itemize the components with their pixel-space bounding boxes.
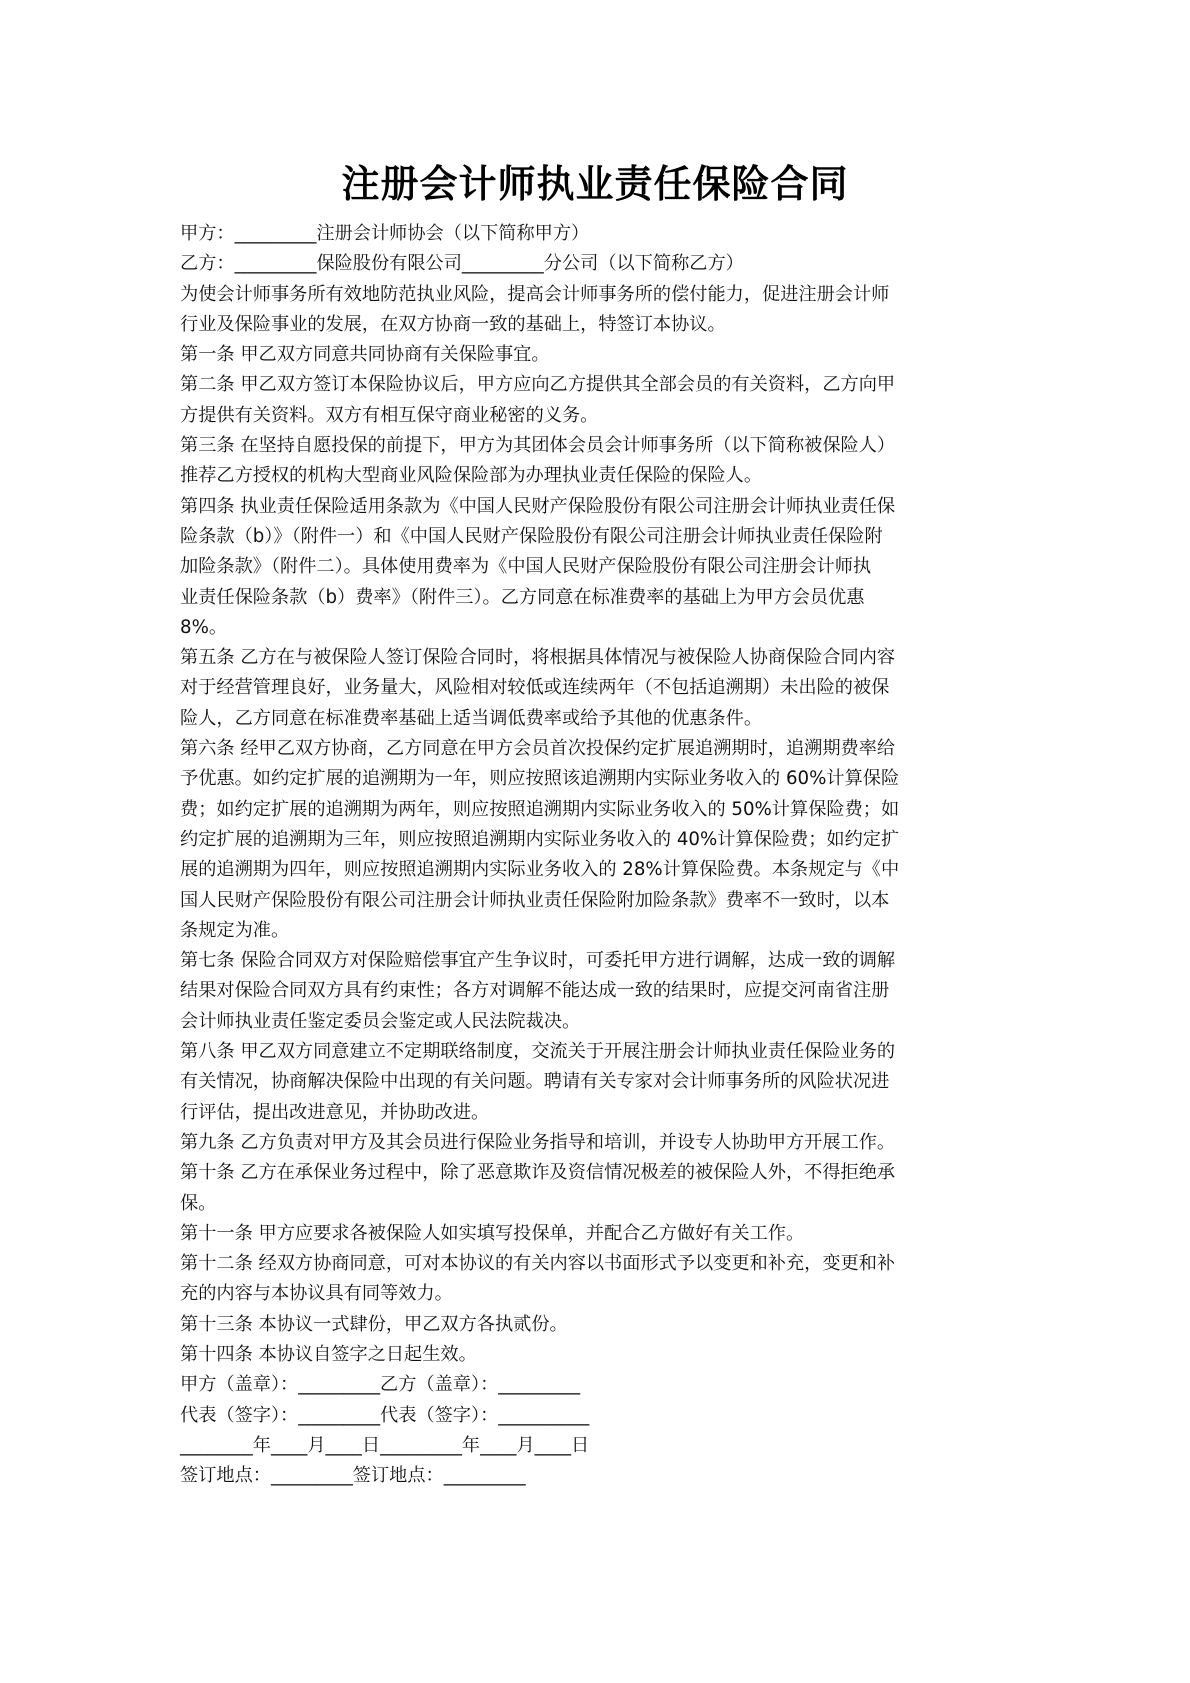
date-line: ________年____月____日_________年____月____日 <box>180 1431 1040 1461</box>
article-11-line: 第十一条 甲方应要求各被保险人如实填写投保单，并配合乙方做好有关工作。 <box>180 1219 1040 1249</box>
article-8-line: 第八条 甲乙双方同意建立不定期联络制度，交流关于开展注册会计师执业责任保险业务的 <box>180 1037 1040 1067</box>
article-4-line: 加险条款》（附件二）。具体使用费率为《中国人民财产保险股份有限公司注册会计师执 <box>180 552 1040 582</box>
article-6-line: 约定扩展的追溯期为三年，则应按照追溯期内实际业务收入的 40%计算保险费；如约定… <box>180 825 1040 855</box>
article-2-line: 第二条 甲乙双方签订本保险协议后，甲方应向乙方提供其全部会员的有关资料，乙方向甲 <box>180 370 1040 400</box>
document-page: 注册会计师执业责任保险合同 甲方：_________注册会计师协会（以下简称甲方… <box>0 0 1190 1683</box>
article-6-line: 予优惠。如约定扩展的追溯期为一年，则应按照该追溯期内实际业务收入的 60%计算保… <box>180 764 1040 794</box>
article-9-line: 第九条 乙方负责对甲方及其会员进行保险业务指导和培训，并设专人协助甲方开展工作。 <box>180 1128 1040 1158</box>
article-4-line: 险条款（b）》（附件一）和《中国人民财产保险股份有限公司注册会计师执业责任保险附 <box>180 522 1040 552</box>
seal-line: 甲方（盖章）：_________乙方（盖章）：_________ <box>180 1370 1040 1400</box>
article-1-line: 第一条 甲乙双方同意共同协商有关保险事宜。 <box>180 340 1040 370</box>
article-10-line: 保。 <box>180 1189 1040 1219</box>
signing-place-line: 签订地点：_________签订地点：_________ <box>180 1461 1040 1491</box>
article-12-line: 充的内容与本协议具有同等效力。 <box>180 1279 1040 1309</box>
article-13-line: 第十三条 本协议一式肆份，甲乙双方各执贰份。 <box>180 1310 1040 1340</box>
article-4-line: 业责任保险条款（b）费率》（附件三）。乙方同意在标准费率的基础上为甲方会员优惠 <box>180 583 1040 613</box>
article-6-line: 展的追溯期为四年，则应按照追溯期内实际业务收入的 28%计算保险费。本条规定与《… <box>180 855 1040 885</box>
article-6-line: 条规定为准。 <box>180 916 1040 946</box>
article-6-line: 第六条 经甲乙双方协商，乙方同意在甲方会员首次投保约定扩展追溯期时，追溯期费率给 <box>180 734 1040 764</box>
document-title: 注册会计师执业责任保险合同 <box>0 160 1190 208</box>
party-a-line: 甲方：_________注册会计师协会（以下简称甲方） <box>180 219 1040 249</box>
article-6-line: 国人民财产保险股份有限公司注册会计师执业责任保险附加险条款》费率不一致时，以本 <box>180 886 1040 916</box>
article-8-line: 有关情况，协商解决保险中出现的有关问题。聘请有关专家对会计师事务所的风险状况进 <box>180 1067 1040 1097</box>
article-6-line: 费；如约定扩展的追溯期为两年，则应按照追溯期内实际业务收入的 50%计算保险费；… <box>180 795 1040 825</box>
article-3-line: 第三条 在坚持自愿投保的前提下，甲方为其团体会员会计师事务所（以下简称被保险人） <box>180 431 1040 461</box>
article-12-line: 第十二条 经双方协商同意，可对本协议的有关内容以书面形式予以变更和补充，变更和补 <box>180 1249 1040 1279</box>
article-7-line: 结果对保险合同双方具有约束性；各方对调解不能达成一致的结果时，应提交河南省注册 <box>180 976 1040 1006</box>
article-4-line: 第四条 执业责任保险适用条款为《中国人民财产保险股份有限公司注册会计师执业责任保 <box>180 492 1040 522</box>
preamble-line: 为使会计师事务所有效地防范执业风险，提高会计师事务所的偿付能力，促进注册会计师 <box>180 280 1040 310</box>
article-5-line: 对于经营管理良好，业务量大，风险相对较低或连续两年（不包括追溯期）未出险的被保 <box>180 673 1040 703</box>
article-2-line: 方提供有关资料。双方有相互保守商业秘密的义务。 <box>180 401 1040 431</box>
article-8-line: 行评估，提出改进意见，并协助改进。 <box>180 1098 1040 1128</box>
article-14-line: 第十四条 本协议自签字之日起生效。 <box>180 1340 1040 1370</box>
document-body: 甲方：_________注册会计师协会（以下简称甲方） 乙方：_________… <box>180 219 1040 1491</box>
signature-line: 代表（签字）：_________代表（签字）：__________ <box>180 1401 1040 1431</box>
article-4-line: 8%。 <box>180 613 1040 643</box>
article-5-line: 第五条 乙方在与被保险人签订保险合同时，将根据具体情况与被保险人协商保险合同内容 <box>180 643 1040 673</box>
party-b-line: 乙方：_________保险股份有限公司_________分公司（以下简称乙方） <box>180 249 1040 279</box>
article-10-line: 第十条 乙方在承保业务过程中，除了恶意欺诈及资信情况极差的被保险人外，不得拒绝承 <box>180 1158 1040 1188</box>
article-7-line: 第七条 保险合同双方对保险赔偿事宜产生争议时，可委托甲方进行调解，达成一致的调解 <box>180 946 1040 976</box>
article-7-line: 会计师执业责任鉴定委员会鉴定或人民法院裁决。 <box>180 1007 1040 1037</box>
article-3-line: 推荐乙方授权的机构大型商业风险保险部为办理执业责任保险的保险人。 <box>180 461 1040 491</box>
article-5-line: 险人，乙方同意在标准费率基础上适当调低费率或给予其他的优惠条件。 <box>180 704 1040 734</box>
preamble-line: 行业及保险事业的发展，在双方协商一致的基础上，特签订本协议。 <box>180 310 1040 340</box>
